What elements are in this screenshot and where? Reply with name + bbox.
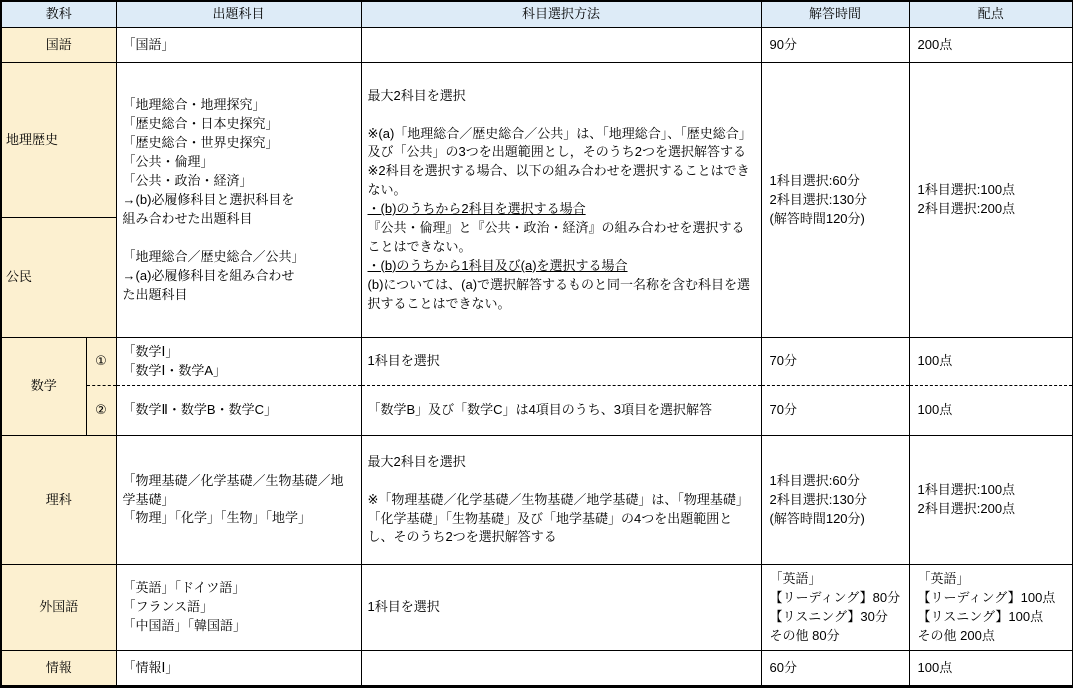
cell-math1-offered: 「数学Ⅰ」「数学Ⅰ・数学A」	[116, 338, 361, 386]
cell-science-points: 1科目選択:100点2科目選択:200点	[909, 436, 1073, 565]
cell-math2-time: 70分	[761, 386, 909, 436]
cell-math2-number: ②	[86, 386, 116, 436]
cell-foreign-points: 「英語」【リーディング】100点【リスニング】100点その他 200点	[909, 565, 1073, 651]
header-selection-method: 科目選択方法	[361, 1, 761, 28]
cell-science-time: 1科目選択:60分2科目選択:130分(解答時間120分)	[761, 436, 909, 565]
cell-kokugo-selection	[361, 28, 761, 63]
cell-geo-civics-offered: 「地理総合・地理探究」「歴史総合・日本史探究」「歴史総合・世界史探究」「公共・倫…	[116, 63, 361, 338]
cell-geo-civics-time: 1科目選択:60分2科目選択:130分(解答時間120分)	[761, 63, 909, 338]
header-answer-time: 解答時間	[761, 1, 909, 28]
cell-math2-selection: 「数学B」及び「数学C」は4項目のうち、3項目を選択解答	[361, 386, 761, 436]
header-points: 配点	[909, 1, 1073, 28]
exam-subjects-table: 教科 出題科目 科目選択方法 解答時間 配点 国語 「国語」 90分 200点 …	[0, 0, 1073, 688]
cell-science-subject: 理科	[1, 436, 116, 565]
cell-geo-civics-selection: 最大2科目を選択※(a)「地理総合／歴史総合／公共」は、「地理総合」、「歴史総合…	[361, 63, 761, 338]
header-row: 教科 出題科目 科目選択方法 解答時間 配点	[1, 1, 1073, 28]
cell-civics-subject: 公民	[1, 218, 116, 338]
row-math-2: ② 「数学Ⅱ・数学B・数学C」 「数学B」及び「数学C」は4項目のうち、3項目を…	[1, 386, 1073, 436]
row-geo-history: 地理歴史 「地理総合・地理探究」「歴史総合・日本史探究」「歴史総合・世界史探究」…	[1, 63, 1073, 218]
cell-kokugo-subject: 国語	[1, 28, 116, 63]
row-information: 情報 「情報Ⅰ」 60分 100点	[1, 651, 1073, 687]
header-offered-subjects: 出題科目	[116, 1, 361, 28]
cell-math1-number: ①	[86, 338, 116, 386]
cell-math1-selection: 1科目を選択	[361, 338, 761, 386]
cell-info-points: 100点	[909, 651, 1073, 687]
cell-geo-civics-points: 1科目選択:100点2科目選択:200点	[909, 63, 1073, 338]
cell-foreign-selection: 1科目を選択	[361, 565, 761, 651]
cell-info-offered: 「情報Ⅰ」	[116, 651, 361, 687]
cell-geo-history-subject: 地理歴史	[1, 63, 116, 218]
cell-foreign-subject: 外国語	[1, 565, 116, 651]
row-kokugo: 国語 「国語」 90分 200点	[1, 28, 1073, 63]
cell-foreign-offered: 「英語」「ドイツ語」「フランス語」「中国語」「韓国語」	[116, 565, 361, 651]
cell-math-subject: 数学	[1, 338, 86, 436]
cell-science-selection: 最大2科目を選択※「物理基礎／化学基礎／生物基礎／地学基礎」は、「物理基礎」「化…	[361, 436, 761, 565]
cell-math2-points: 100点	[909, 386, 1073, 436]
cell-info-selection	[361, 651, 761, 687]
cell-info-subject: 情報	[1, 651, 116, 687]
header-subject: 教科	[1, 1, 116, 28]
row-science: 理科 「物理基礎／化学基礎／生物基礎／地学基礎」「物理」「化学」「生物」「地学」…	[1, 436, 1073, 565]
cell-foreign-time: 「英語」【リーディング】80分【リスニング】30分その他 80分	[761, 565, 909, 651]
cell-kokugo-offered: 「国語」	[116, 28, 361, 63]
cell-math2-offered: 「数学Ⅱ・数学B・数学C」	[116, 386, 361, 436]
cell-math1-points: 100点	[909, 338, 1073, 386]
cell-science-offered: 「物理基礎／化学基礎／生物基礎／地学基礎」「物理」「化学」「生物」「地学」	[116, 436, 361, 565]
cell-kokugo-time: 90分	[761, 28, 909, 63]
cell-info-time: 60分	[761, 651, 909, 687]
cell-math1-time: 70分	[761, 338, 909, 386]
row-math-1: 数学 ① 「数学Ⅰ」「数学Ⅰ・数学A」 1科目を選択 70分 100点	[1, 338, 1073, 386]
cell-kokugo-points: 200点	[909, 28, 1073, 63]
row-foreign-language: 外国語 「英語」「ドイツ語」「フランス語」「中国語」「韓国語」 1科目を選択 「…	[1, 565, 1073, 651]
